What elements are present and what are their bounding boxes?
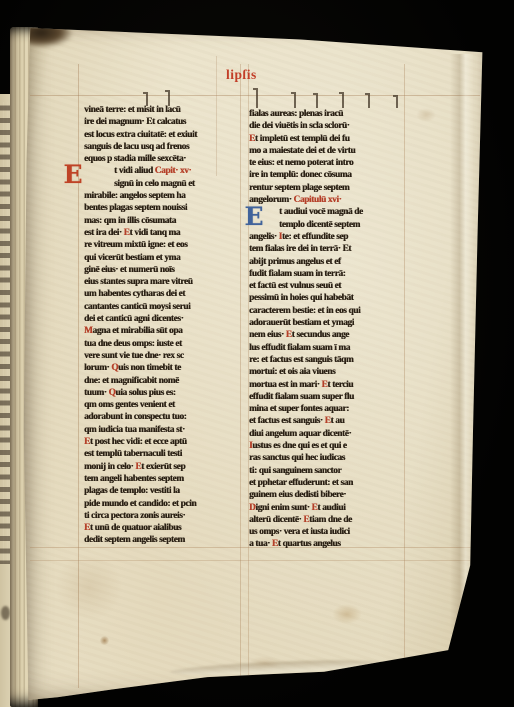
text-column-left: vineā terre: et misit in lacūire dei mag… bbox=[84, 104, 236, 547]
text-line: est locus extra ciuitatē: et exiuit bbox=[84, 129, 236, 141]
text-line: caracterem bestie: et in eos qui bbox=[249, 305, 407, 317]
text-line: cantantes canticū moysi serui bbox=[84, 301, 236, 313]
text-line: equos p stadia mille sexcēta· bbox=[84, 153, 236, 165]
stain bbox=[416, 108, 436, 122]
text-line: monij in celo· Et exierūt sep bbox=[84, 461, 236, 473]
text-line: angelis· Ite: et effundite sep bbox=[249, 231, 407, 243]
text-line: pide mundo et candido: et pcin bbox=[84, 498, 236, 510]
ascender-flourish bbox=[368, 93, 370, 108]
ruling-line bbox=[30, 560, 482, 561]
text-line: tem fialas ire dei in terrā· Et bbox=[249, 243, 407, 255]
text-line: pessimū in hoies qui habebāt bbox=[249, 292, 407, 304]
text-column-right: fialas aureas: plenas iracūdie dei viuēt… bbox=[249, 108, 407, 551]
text-line: re vitreum mixtū igne: et eos bbox=[84, 239, 236, 251]
text-line: effudit fialam suam super flu bbox=[249, 391, 407, 403]
text-line: mirabile: angelos septem ha bbox=[84, 190, 236, 202]
text-line: vineā terre: et misit in lacū bbox=[84, 104, 236, 116]
text-line: nem eius· Et secundus ange bbox=[249, 329, 407, 341]
text-line: us omps· vera et iusta iudici bbox=[249, 526, 407, 538]
text-line: fudit fialam suam in terrā: bbox=[249, 268, 407, 280]
text-line: fialas aureas: plenas iracū bbox=[249, 108, 407, 120]
text-line: um habentes cytharas dei et bbox=[84, 288, 236, 300]
ruling-line bbox=[30, 95, 480, 96]
ascender-flourish bbox=[294, 92, 296, 108]
text-line: dei et canticū agni dicentes· bbox=[84, 313, 236, 325]
ascender-flourish bbox=[396, 95, 398, 108]
ruling-line bbox=[78, 64, 79, 688]
text-line: est templū tabernaculi testi bbox=[84, 448, 236, 460]
text-line: dedit septem angelis septem bbox=[84, 534, 236, 546]
ink-smudge bbox=[1, 606, 10, 620]
text-line: guinem eius dedisti bibere· bbox=[249, 489, 407, 501]
text-line: re: et factus est sanguis tāqm bbox=[249, 354, 407, 366]
text-line: rentur septem plage septem bbox=[249, 182, 407, 194]
text-line: t audiui vocē magnā de bbox=[249, 206, 407, 218]
text-line: et pphetar effuderunt: et san bbox=[249, 477, 407, 489]
ascender-flourish bbox=[256, 88, 258, 108]
text-line: alterū dicentē· Etiam dne de bbox=[249, 514, 407, 526]
text-line: Digni enim sunt· Et audiui bbox=[249, 502, 407, 514]
text-line: ginē eius· et numerū noīs bbox=[84, 264, 236, 276]
ascender-flourish bbox=[316, 93, 318, 108]
text-line: ire in templū: donec cōsuma bbox=[249, 169, 407, 181]
ruling-line bbox=[240, 64, 241, 688]
text-line: a tua· Et quartus angelus bbox=[249, 538, 407, 550]
text-line: abijt primus angelus et ef bbox=[249, 256, 407, 268]
stain bbox=[54, 554, 124, 620]
text-line: lus effudit fialam suam ī ma bbox=[249, 342, 407, 354]
text-line: est ira dei· Et vidi tanq ma bbox=[84, 227, 236, 239]
text-line: Iustus es dne qui es et qui e bbox=[249, 440, 407, 452]
text-line: Et unū de quatuor aialibus bbox=[84, 522, 236, 534]
text-line: qm iudicia tua manifesta st· bbox=[84, 424, 236, 436]
text-line: plagas de templo: vestiti la bbox=[84, 485, 236, 497]
stain bbox=[100, 636, 109, 645]
text-line: angelorum· Capitulū xvi· bbox=[249, 194, 407, 206]
text-line: qui vicerūt bestiam et yma bbox=[84, 252, 236, 264]
text-line: tuum· Quia solus pius es: bbox=[84, 387, 236, 399]
text-line: diui angelum aquar dicentē· bbox=[249, 428, 407, 440]
text-line: die dei viuētis in scla sclorū· bbox=[249, 120, 407, 132]
stain bbox=[332, 604, 362, 624]
text-line: ire dei magnum· Et calcatus bbox=[84, 116, 236, 128]
text-line: ti: qui sanguinem sanctor bbox=[249, 465, 407, 477]
text-line: ras sanctus qui hec iudicas bbox=[249, 452, 407, 464]
text-line: tem angeli habentes septem bbox=[84, 473, 236, 485]
text-line: Magna et mirabilia sūt opa bbox=[84, 325, 236, 337]
bottom-fold bbox=[170, 657, 380, 677]
text-line: sanguis de lacu usq ad frenos bbox=[84, 141, 236, 153]
text-line: Et post hec vidi: et ecce aptū bbox=[84, 436, 236, 448]
text-line: lorum· Quis non timebit te bbox=[84, 362, 236, 374]
text-line: te eius: et nemo poterat intro bbox=[249, 157, 407, 169]
text-line: et factū est vulnus seuū et bbox=[249, 280, 407, 292]
text-line: t vidi aliud Capit· xv· bbox=[84, 165, 236, 177]
text-line: dne: et magnificabit nomē bbox=[84, 375, 236, 387]
text-line: adorauerūt bestiam et ymagi bbox=[249, 317, 407, 329]
photograph: lipſis E E vineā terre: et misit in lacū… bbox=[0, 0, 514, 707]
running-title: lipſis bbox=[226, 67, 296, 83]
page-crease bbox=[450, 54, 474, 634]
text-line: tua dne deus omps: iuste et bbox=[84, 338, 236, 350]
ascender-flourish bbox=[342, 92, 344, 108]
text-line: vere sunt vie tue dne· rex sc bbox=[84, 350, 236, 362]
text-line: mina et super fontes aquar: bbox=[249, 403, 407, 415]
text-line: mortua est in mari· Et terciu bbox=[249, 379, 407, 391]
text-line: mas: qm in illis cōsumata bbox=[84, 215, 236, 227]
text-line: qm oms gentes venient et bbox=[84, 399, 236, 411]
text-line: mortui: et ois aia viuens bbox=[249, 366, 407, 378]
text-line: mo a maiestate dei et de virtu bbox=[249, 145, 407, 157]
text-line: bentes plagas septem nouissi bbox=[84, 202, 236, 214]
text-line: templo dicentē septem bbox=[249, 219, 407, 231]
text-line: adorabunt in conspectu tuo: bbox=[84, 411, 236, 423]
text-line: eius stantes supra mare vitreū bbox=[84, 276, 236, 288]
manuscript-page: lipſis E E vineā terre: et misit in lacū… bbox=[20, 26, 488, 700]
text-line: et factus est sanguis· Et au bbox=[249, 415, 407, 427]
text-line: signū in celo magnū et bbox=[84, 178, 236, 190]
text-line: ti circa pectora zonis aureis· bbox=[84, 510, 236, 522]
text-line: Et impletū est templū dei fu bbox=[249, 133, 407, 145]
